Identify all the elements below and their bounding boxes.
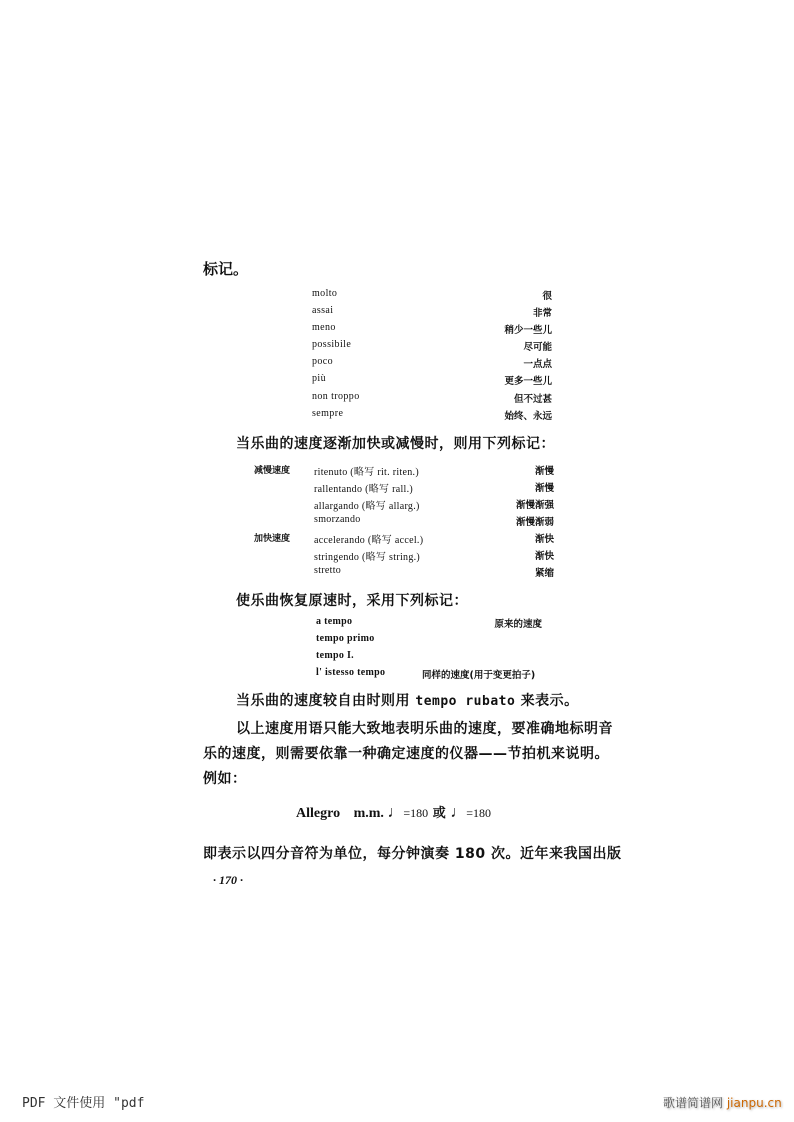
term: rallentando (略写 rall.) <box>314 480 413 495</box>
list-item: più更多一些儿 <box>312 373 552 390</box>
list-item: smorzando渐慢渐弱 <box>254 514 554 531</box>
list-item: stringendo (略写 string.)渐快 <box>254 548 554 565</box>
term: allargando (略写 allarg.) <box>314 497 420 512</box>
term: molto <box>312 288 337 299</box>
meaning: 更多一些儿 <box>504 373 552 387</box>
paragraph-metronome-line1: 以上速度用语只能大致地表明乐曲的速度，要准确地标明音 <box>236 718 613 738</box>
meaning: 一点点 <box>523 356 552 370</box>
meaning: 稍少一些儿 <box>504 322 552 336</box>
page-number: · 170 · <box>213 873 243 888</box>
term: assai <box>312 305 333 316</box>
watermark-site: 歌谱简谱网 <box>663 1096 723 1110</box>
term: ritenuto (略写 rit. riten.) <box>314 463 419 478</box>
list-item: molto很 <box>312 288 552 305</box>
meaning: 同样的速度(用于变更拍子) <box>422 667 535 681</box>
term: a tempo <box>316 616 352 627</box>
quarter-note-icon: ♩ <box>387 804 403 821</box>
term: accelerando (略写 accel.) <box>314 531 423 546</box>
list-item: assai非常 <box>312 305 552 322</box>
meaning: 紧缩 <box>535 565 554 579</box>
paragraph-tempo-change: 当乐曲的速度逐渐加快或减慢时，则用下列标记： <box>236 433 555 453</box>
term: tempo I. <box>316 650 354 661</box>
bpm-value: =180 <box>466 806 491 820</box>
category-label: 加快速度 <box>254 531 290 544</box>
paragraph-explain: 即表示以四分音符为单位，每分钟演奏 180 次。近年来我国出版 <box>203 843 621 863</box>
list-item: stretto紧缩 <box>254 565 554 582</box>
list-item: non troppo但不过甚 <box>312 391 552 408</box>
term: poco <box>312 356 333 367</box>
meaning: 但不过甚 <box>514 391 552 405</box>
or-text: 或 <box>428 806 450 821</box>
term: l' istesso tempo <box>316 667 385 678</box>
category-label: 减慢速度 <box>254 463 290 476</box>
list-item: meno稍少一些儿 <box>312 322 552 339</box>
term: stringendo (略写 string.) <box>314 548 420 563</box>
meaning: 渐慢渐强 <box>516 497 554 511</box>
meaning: 渐慢 <box>535 463 554 477</box>
paragraph-tempo-resume: 使乐曲恢复原速时，采用下列标记： <box>236 590 468 610</box>
meaning: 原来的速度 <box>494 616 542 630</box>
list-item: tempo primo <box>316 633 542 650</box>
list-item: possibile尽可能 <box>312 339 552 356</box>
meaning: 渐慢渐弱 <box>516 514 554 528</box>
footer-pdf-note: PDF 文件使用 "pdf <box>22 1092 144 1111</box>
metronome-example: Allegro m.m. ♩=180 或 ♩=180 <box>296 802 491 822</box>
list-item: rallentando (略写 rall.)渐慢 <box>254 480 554 497</box>
meaning: 很 <box>542 288 552 302</box>
bpm-value: =180 <box>403 806 428 820</box>
meaning: 渐慢 <box>535 480 554 494</box>
meaning: 非常 <box>533 305 552 319</box>
list-item: 加快速度accelerando (略写 accel.)渐快 <box>254 531 554 548</box>
term: più <box>312 373 326 384</box>
list-item: 减慢速度ritenuto (略写 rit. riten.)渐慢 <box>254 463 554 480</box>
meaning: 渐快 <box>535 548 554 562</box>
list-item: allargando (略写 allarg.)渐慢渐强 <box>254 497 554 514</box>
term: non troppo <box>312 391 360 402</box>
paragraph-metronome-line2: 乐的速度，则需要依靠一种确定速度的仪器——节拍机来说明。 <box>203 743 609 763</box>
tempo-marking: Allegro <box>296 806 340 821</box>
rubato-term: tempo rubato <box>415 694 515 709</box>
list-item: a tempo原来的速度 <box>316 616 542 633</box>
list-item: tempo I. <box>316 650 542 667</box>
meaning: 渐快 <box>535 531 554 545</box>
list-item: poco一点点 <box>312 356 552 373</box>
term: tempo primo <box>316 633 375 644</box>
paragraph-metronome-line3: 例如： <box>203 768 247 788</box>
metronome-mark: m.m. <box>354 806 384 821</box>
term: smorzando <box>314 514 361 525</box>
term: meno <box>312 322 336 333</box>
term: stretto <box>314 565 341 576</box>
footer-watermark: 歌谱简谱网 jianpu.cn <box>663 1094 782 1111</box>
quarter-note-icon: ♩ <box>450 804 466 821</box>
term: possibile <box>312 339 351 350</box>
list-item: sempre始终、永远 <box>312 408 552 425</box>
term: sempre <box>312 408 343 419</box>
rubato-text-before: 当乐曲的速度较自由时则用 <box>236 693 415 709</box>
rubato-text-after: 来表示。 <box>515 693 578 709</box>
watermark-domain: jianpu.cn <box>727 1096 782 1110</box>
meaning: 尽可能 <box>523 339 552 353</box>
meaning: 始终、永远 <box>504 408 552 422</box>
list-item: l' istesso tempo同样的速度(用于变更拍子) <box>316 667 542 684</box>
paragraph-rubato: 当乐曲的速度较自由时则用 tempo rubato 来表示。 <box>236 690 579 710</box>
heading-continuation: 标记。 <box>203 258 248 279</box>
